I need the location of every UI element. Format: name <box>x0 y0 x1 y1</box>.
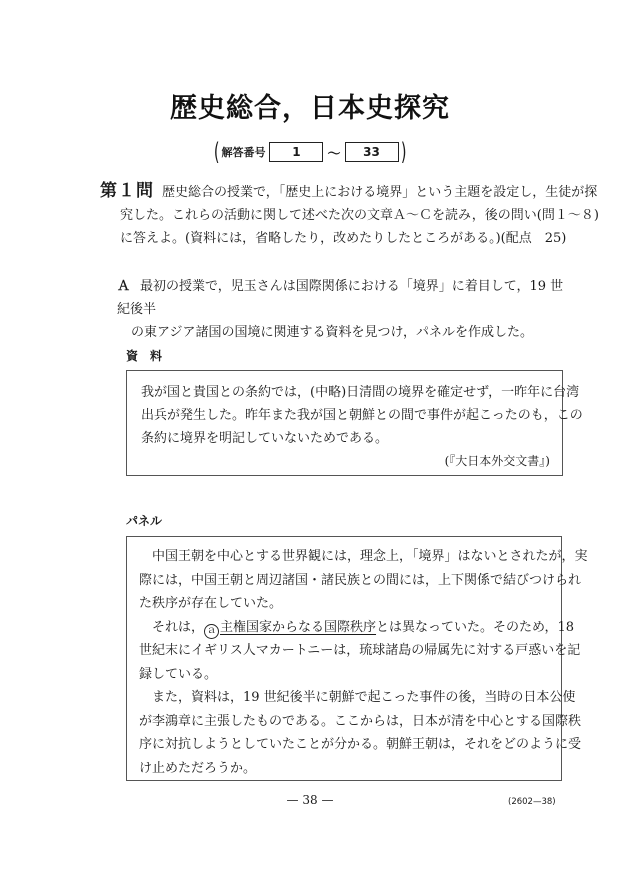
question-intro: 第１問歴史総合の授業で，「歴史上における境界」という主題を設定し，生徒が探 究し… <box>100 180 570 250</box>
material-source: (『大日本外交文書』) <box>141 450 550 473</box>
panel-heading: パネル <box>126 512 162 529</box>
section-a-text: Ａ最初の授業で，児玉さんは国際関係における「境界」に着目して，19 世紀後半 の… <box>117 275 567 344</box>
panel-p1-line-3: た秩序が存在していた。 <box>139 592 551 616</box>
material-line-3: 条約に境界を明記していないためである。 <box>141 427 550 450</box>
question-number: 第１問 <box>100 181 154 201</box>
panel-p3-line-4: け止めただろうか。 <box>139 757 551 781</box>
panel-p2-line-2: 世紀末にイギリス人マカートニーは，琉球諸島の帰属先に対する戸惑いを記 <box>139 639 551 663</box>
section-a-label: Ａ <box>117 279 130 294</box>
panel-p3-line-1: また，資料は，19 世紀後半に朝鮮で起こった事件の後，当時の日本公使 <box>139 686 551 710</box>
marker-a-icon: ａ <box>204 624 219 639</box>
panel-p1-line-1: 中国王朝を中心とする世界観には，理念上，「境界」はないとされたが，実 <box>139 545 551 569</box>
section-a-line-2: の東アジア諸国の国境に関連する資料を見つけ，パネルを作成した。 <box>117 321 567 344</box>
material-heading: 資 料 <box>126 347 162 364</box>
question-line-1: 第１問歴史総合の授業で，「歴史上における境界」という主題を設定し，生徒が探 <box>100 180 570 204</box>
underlined-phrase-a: 主権国家からなる国際秩序 <box>220 620 376 635</box>
question-line-2: 究した。これらの活動に関して述べた次の文章Ａ～Ｃを読み，後の問い(問１～８) <box>100 204 570 227</box>
panel-p2-line-3: 録している。 <box>139 663 551 687</box>
answer-number-label: 解答番号 <box>221 144 265 160</box>
range-separator: ～ <box>327 143 340 162</box>
panel-p3-line-3: 序に対抗しようとしていたことが分かる。朝鮮王朝は，それをどのように受 <box>139 733 551 757</box>
question-line-3: に答えよ。(資料には，省略したり，改めたりしたところがある。)(配点 25) <box>100 227 570 250</box>
material-line-1: 我が国と貴国との条約では，(中略)日清間の境界を確定せず，一昨年に台湾 <box>141 381 550 404</box>
section-a-line-1: 最初の授業で，児玉さんは国際関係における「境界」に着目して，19 世紀後半 <box>117 279 563 317</box>
page-title: 歴史総合，日本史探究 <box>0 86 620 125</box>
panel-p3-line-2: が李鴻章に主張したものである。ここからは，日本が清を中心とする国際秩 <box>139 710 551 734</box>
close-paren: ) <box>400 140 406 164</box>
answer-end-box: 33 <box>345 142 399 162</box>
answer-start-box: 1 <box>269 142 323 162</box>
material-line-2: 出兵が発生した。昨年また我が国と朝鮮との間で事件が起こったのも，この <box>141 404 550 427</box>
exam-code: (2602—38) <box>508 797 556 807</box>
panel-p1-line-2: 際には，中国王朝と周辺諸国・諸民族との間には，上下関係で結びつけられ <box>139 569 551 593</box>
material-box: 我が国と貴国との条約では，(中略)日清間の境界を確定せず，一昨年に台湾 出兵が発… <box>126 370 563 476</box>
open-paren: ( <box>214 140 220 164</box>
panel-p2-line-1: それは，ａ主権国家からなる国際秩序とは異なっていた。そのため，18 <box>139 616 551 640</box>
answer-number-range: ( 解答番号 1 ～ 33 ) <box>0 140 620 164</box>
panel-box: 中国王朝を中心とする世界観には，理念上，「境界」はないとされたが，実 際には，中… <box>126 536 562 781</box>
